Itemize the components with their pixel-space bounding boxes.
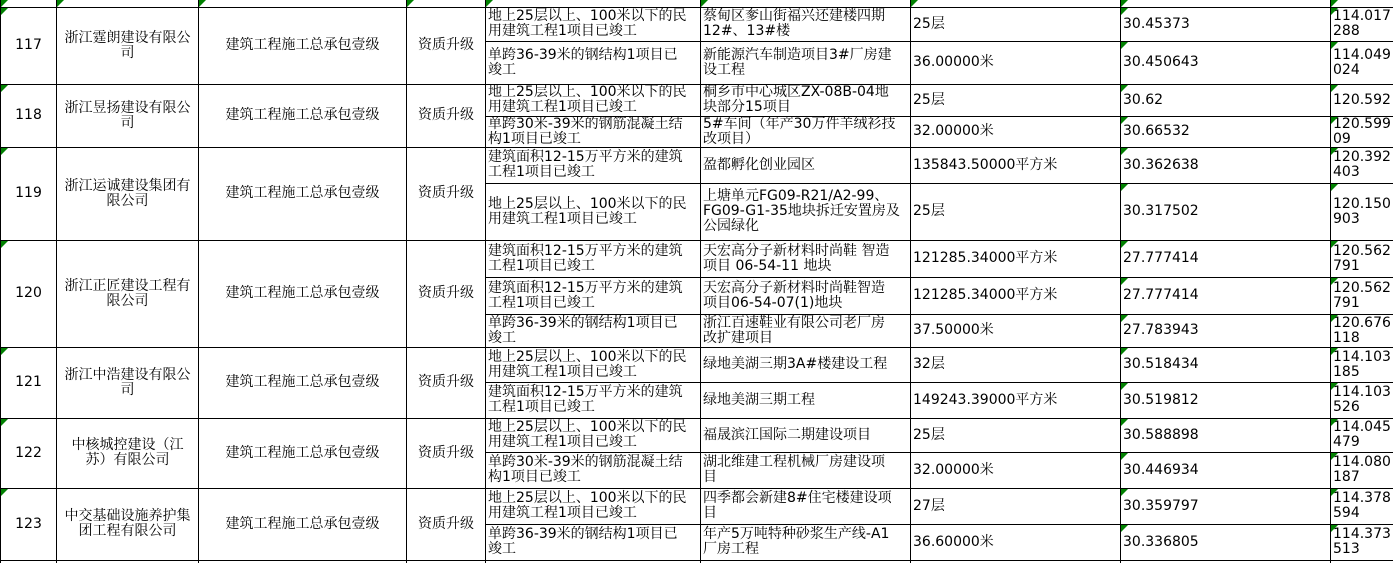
cell-project-scale[interactable]: 27层 xyxy=(911,488,1121,524)
cell-longitude[interactable]: 120.562 791 xyxy=(1331,240,1393,277)
cell-seq[interactable]: 122 xyxy=(1,418,57,488)
cell-longitude[interactable]: 114.017 288 xyxy=(1331,7,1393,41)
cell-truncated[interactable] xyxy=(911,0,1121,7)
cell-longitude[interactable]: 120.562 791 xyxy=(1331,277,1393,314)
cell-qualification[interactable]: 建筑工程施工总承包壹级 xyxy=(199,418,407,488)
cell-longitude[interactable]: 120.150 903 xyxy=(1331,183,1393,240)
cell-seq[interactable]: 119 xyxy=(1,147,57,240)
cell-project-scale[interactable]: 37.50000米 xyxy=(911,314,1121,347)
cell-project-criteria[interactable]: 地上25层以上、100米以下的民 用建筑工程1项目已竣工 xyxy=(486,418,701,452)
cell-project-criteria[interactable]: 建筑面积12-15万平方米的建筑 工程1项目已竣工 xyxy=(486,382,701,418)
cell-company-name[interactable]: 浙江运诚建设集团有 限公司 xyxy=(57,147,199,240)
cell-latitude[interactable]: 30.62 xyxy=(1121,84,1331,116)
cell-project-name[interactable]: 上塘单元FG09-R21/A2-99、 FG09-G1-35地块拆迁安置房及 公… xyxy=(701,183,911,240)
cell-latitude[interactable]: 30.518434 xyxy=(1121,347,1331,382)
cell-latitude[interactable]: 30.446934 xyxy=(1121,452,1331,488)
cell-change-type[interactable]: 资质升级 xyxy=(407,488,486,560)
spreadsheet-view: 117 浙江霆朗建设有限公 司 建筑工程施工总承包壹级 资质升级 地上25层以上… xyxy=(0,0,1393,563)
cell-truncated[interactable] xyxy=(199,0,407,7)
cell-project-criteria[interactable]: 单跨30米-39米的钢筋混凝土结 构1项目已竣工 xyxy=(486,452,701,488)
cell-project-criteria[interactable]: 单跨36-39米的钢结构1项目已 竣工 xyxy=(486,524,701,560)
cell-longitude[interactable]: 114.049 024 xyxy=(1331,41,1393,84)
cell-project-name[interactable]: 浙江百速鞋业有限公司老厂房 改扩建项目 xyxy=(701,314,911,347)
cell-project-name[interactable]: 绿地美湖三期工程 xyxy=(701,382,911,418)
cell-project-scale[interactable]: 121285.34000平方米 xyxy=(911,240,1121,277)
cell-project-scale[interactable]: 32.00000米 xyxy=(911,452,1121,488)
table-row: 118 浙江昱扬建设有限公 司 建筑工程施工总承包壹级 资质升级 地上25层以上… xyxy=(1,84,1393,116)
cell-change-type[interactable]: 资质升级 xyxy=(407,7,486,84)
cell-latitude[interactable]: 30.317502 xyxy=(1121,183,1331,240)
cell-project-criteria[interactable]: 地上25层以上、100米以下的民 用建筑工程1项目已竣工 xyxy=(486,84,701,116)
cell-change-type[interactable]: 资质升级 xyxy=(407,347,486,418)
cell-longitude[interactable]: 114.045 479 xyxy=(1331,418,1393,452)
qualification-table: 117 浙江霆朗建设有限公 司 建筑工程施工总承包壹级 资质升级 地上25层以上… xyxy=(0,0,1393,563)
cell-project-scale[interactable]: 25层 xyxy=(911,84,1121,116)
cell-project-scale[interactable]: 149243.39000平方米 xyxy=(911,382,1121,418)
cell-latitude[interactable]: 30.359797 xyxy=(1121,488,1331,524)
cell-seq[interactable]: 118 xyxy=(1,84,57,147)
cell-project-criteria[interactable]: 单跨30米-39米的钢筋混凝土结 构1项目已竣工 xyxy=(486,116,701,147)
cell-project-name[interactable]: 绿地美湖三期3A#楼建设工程 xyxy=(701,347,911,382)
cell-latitude[interactable]: 27.777414 xyxy=(1121,277,1331,314)
cell-qualification[interactable]: 建筑工程施工总承包壹级 xyxy=(199,240,407,347)
cell-project-name[interactable]: 湖北维建工程机械厂房建设项 目 xyxy=(701,452,911,488)
cell-truncated[interactable] xyxy=(407,0,486,7)
cell-truncated[interactable] xyxy=(1121,0,1331,7)
cell-longitude[interactable]: 120.676 118 xyxy=(1331,314,1393,347)
table-row-truncated xyxy=(1,0,1393,7)
cell-longitude[interactable]: 114.378 594 xyxy=(1331,488,1393,524)
cell-longitude[interactable]: 114.103 185 xyxy=(1331,347,1393,382)
table-row: 121 浙江中浩建设有限公 司 建筑工程施工总承包壹级 资质升级 地上25层以上… xyxy=(1,347,1393,382)
cell-truncated[interactable] xyxy=(486,0,701,7)
table-row: 117 浙江霆朗建设有限公 司 建筑工程施工总承包壹级 资质升级 地上25层以上… xyxy=(1,7,1393,41)
table-row: 119 浙江运诚建设集团有 限公司 建筑工程施工总承包壹级 资质升级 建筑面积1… xyxy=(1,147,1393,183)
cell-project-name[interactable]: 天宏高分子新材料时尚鞋智造 项目06-54-07(1)地块 xyxy=(701,277,911,314)
cell-project-scale[interactable]: 25层 xyxy=(911,418,1121,452)
cell-project-criteria[interactable]: 地上25层以上、100米以下的民 用建筑工程1项目已竣工 xyxy=(486,347,701,382)
cell-project-name[interactable]: 5#车间（年产30万件羊绒衫技 改项目） xyxy=(701,116,911,147)
cell-qualification[interactable]: 建筑工程施工总承包壹级 xyxy=(199,347,407,418)
cell-qualification[interactable]: 建筑工程施工总承包壹级 xyxy=(199,488,407,560)
cell-truncated[interactable] xyxy=(1331,0,1393,7)
cell-project-name[interactable]: 四季都会新建8#住宅楼建设项 目 xyxy=(701,488,911,524)
cell-longitude[interactable]: 120.592 xyxy=(1331,84,1393,116)
cell-project-criteria[interactable]: 地上25层以上、100米以下的民 用建筑工程1项目已竣工 xyxy=(486,7,701,41)
cell-qualification[interactable]: 建筑工程施工总承包壹级 xyxy=(199,147,407,240)
cell-project-criteria[interactable]: 地上25层以上、100米以下的民 用建筑工程1项目已竣工 xyxy=(486,488,701,524)
cell-seq[interactable]: 117 xyxy=(1,7,57,84)
cell-company-name[interactable]: 中交基础设施养护集 团工程有限公司 xyxy=(57,488,199,560)
cell-qualification[interactable]: 建筑工程施工总承包壹级 xyxy=(199,84,407,147)
cell-latitude[interactable]: 30.66532 xyxy=(1121,116,1331,147)
cell-project-criteria[interactable]: 建筑面积12-15万平方米的建筑 工程1项目已竣工 xyxy=(486,277,701,314)
table-row: 120 浙江正匠建设工程有 限公司 建筑工程施工总承包壹级 资质升级 建筑面积1… xyxy=(1,240,1393,277)
cell-project-name[interactable]: 桐乡市中心城区ZX-08B-04地 块部分15项目 xyxy=(701,84,911,116)
table-row: 122 中核城控建设（江 苏）有限公司 建筑工程施工总承包壹级 资质升级 地上2… xyxy=(1,418,1393,452)
cell-seq[interactable]: 123 xyxy=(1,488,57,560)
cell-project-name[interactable]: 蔡甸区奓山街福兴还建楼四期 12#、13#楼 xyxy=(701,7,911,41)
cell-longitude[interactable]: 114.080 187 xyxy=(1331,452,1393,488)
cell-company-name[interactable]: 浙江正匠建设工程有 限公司 xyxy=(57,240,199,347)
cell-project-name[interactable]: 新能源汽车制造项目3#厂房建 设工程 xyxy=(701,41,911,84)
cell-truncated[interactable] xyxy=(57,0,199,7)
cell-latitude[interactable]: 30.450643 xyxy=(1121,41,1331,84)
cell-longitude[interactable]: 120.392 403 xyxy=(1331,147,1393,183)
cell-truncated[interactable] xyxy=(1,0,57,7)
cell-change-type[interactable]: 资质升级 xyxy=(407,84,486,147)
cell-project-scale[interactable]: 32层 xyxy=(911,347,1121,382)
cell-project-criteria[interactable]: 单跨36-39米的钢结构1项目已 竣工 xyxy=(486,41,701,84)
cell-latitude[interactable]: 30.519812 xyxy=(1121,382,1331,418)
cell-project-name[interactable]: 天宏高分子新材料时尚鞋 智造 项目 06-54-11 地块 xyxy=(701,240,911,277)
cell-latitude[interactable]: 30.336805 xyxy=(1121,524,1331,560)
cell-project-name[interactable]: 年产5万吨特种砂浆生产线-A1 厂房工程 xyxy=(701,524,911,560)
cell-seq[interactable]: 120 xyxy=(1,240,57,347)
cell-latitude[interactable]: 27.783943 xyxy=(1121,314,1331,347)
cell-latitude[interactable]: 30.362638 xyxy=(1121,147,1331,183)
cell-project-scale[interactable]: 36.60000米 xyxy=(911,524,1121,560)
cell-change-type[interactable]: 资质升级 xyxy=(407,147,486,240)
cell-longitude[interactable]: 114.103 526 xyxy=(1331,382,1393,418)
cell-longitude[interactable]: 114.373 513 xyxy=(1331,524,1393,560)
cell-project-scale[interactable]: 32.00000米 xyxy=(911,116,1121,147)
cell-project-scale[interactable]: 25层 xyxy=(911,183,1121,240)
cell-project-criteria[interactable]: 地上25层以上、100米以下的民 用建筑工程1项目已竣工 xyxy=(486,183,701,240)
cell-qualification[interactable]: 建筑工程施工总承包壹级 xyxy=(199,7,407,84)
cell-project-name[interactable]: 盈都孵化创业园区 xyxy=(701,147,911,183)
cell-change-type[interactable]: 资质升级 xyxy=(407,240,486,347)
cell-project-criteria[interactable]: 单跨36-39米的钢结构1项目已 竣工 xyxy=(486,314,701,347)
cell-project-scale[interactable]: 36.00000米 xyxy=(911,41,1121,84)
cell-latitude[interactable]: 30.45373 xyxy=(1121,7,1331,41)
cell-project-scale[interactable]: 135843.50000平方米 xyxy=(911,147,1121,183)
cell-company-name[interactable]: 浙江霆朗建设有限公 司 xyxy=(57,7,199,84)
table-row: 123 中交基础设施养护集 团工程有限公司 建筑工程施工总承包壹级 资质升级 地… xyxy=(1,488,1393,524)
cell-project-name[interactable]: 福晟滨江国际二期建设项目 xyxy=(701,418,911,452)
cell-longitude[interactable]: 120.599 09 xyxy=(1331,116,1393,147)
cell-company-name[interactable]: 中核城控建设（江 苏）有限公司 xyxy=(57,418,199,488)
cell-company-name[interactable]: 浙江中浩建设有限公 司 xyxy=(57,347,199,418)
cell-change-type[interactable]: 资质升级 xyxy=(407,418,486,488)
cell-project-criteria[interactable]: 建筑面积12-15万平方米的建筑 工程1项目已竣工 xyxy=(486,240,701,277)
cell-latitude[interactable]: 30.588898 xyxy=(1121,418,1331,452)
cell-latitude[interactable]: 27.777414 xyxy=(1121,240,1331,277)
cell-project-scale[interactable]: 25层 xyxy=(911,7,1121,41)
cell-company-name[interactable]: 浙江昱扬建设有限公 司 xyxy=(57,84,199,147)
cell-seq[interactable]: 121 xyxy=(1,347,57,418)
cell-project-criteria[interactable]: 建筑面积12-15万平方米的建筑 工程1项目已竣工 xyxy=(486,147,701,183)
cell-project-scale[interactable]: 121285.34000平方米 xyxy=(911,277,1121,314)
cell-truncated[interactable] xyxy=(701,0,911,7)
